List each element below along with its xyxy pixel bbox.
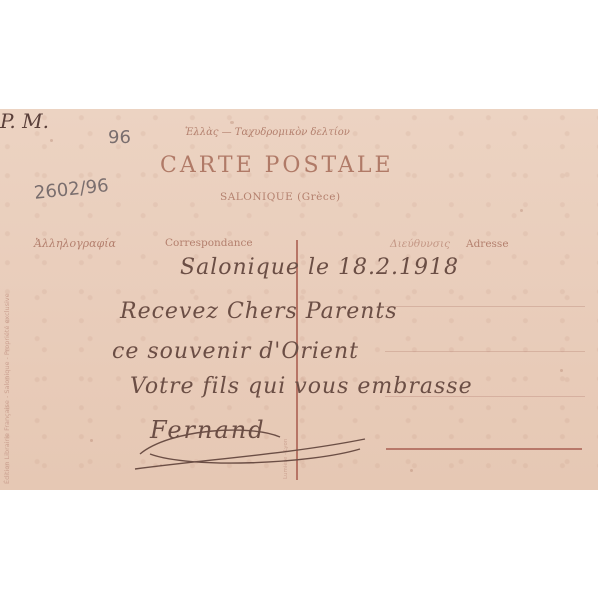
publisher-edge-text: Édition Librairie Française - Salonique … xyxy=(3,293,11,484)
paper-speck xyxy=(50,139,53,142)
pencil-inventory-number: 2602/96 xyxy=(33,175,110,204)
paper-speck xyxy=(230,121,234,124)
paper-speck xyxy=(560,369,563,372)
handwritten-signature: Fernand xyxy=(150,416,266,444)
correspondence-label: Correspondance xyxy=(165,237,253,249)
card-subtitle: SALONIQUE (Grèce) xyxy=(220,191,341,203)
handwritten-line-1: Recevez Chers Parents xyxy=(120,299,398,324)
paper-speck xyxy=(90,439,93,442)
postcard-back: Ἑλλὰς — Ταχυδρομικὸν δελτίον CARTE POSTA… xyxy=(0,109,598,490)
address-line xyxy=(385,351,585,352)
address-greek-label: Διεύθυνσις xyxy=(390,238,450,250)
address-line xyxy=(385,306,585,307)
address-label: Adresse xyxy=(466,238,509,250)
paper-speck xyxy=(520,209,523,212)
greek-caption: Ἑλλὰς — Ταχυδρομικὸν δελτίον xyxy=(185,127,350,138)
correspondence-greek-label: Ἀλληλογραφία xyxy=(34,237,116,250)
pencil-mark-top: 96 xyxy=(108,127,131,148)
paper-speck xyxy=(410,469,413,472)
handwritten-line-2: ce souvenir d'Orient xyxy=(112,339,359,364)
handwritten-place-date: Salonique le 18.2.1918 xyxy=(180,255,459,280)
card-title: CARTE POSTALE xyxy=(160,153,394,178)
address-line xyxy=(386,448,582,450)
handwritten-line-3: Votre fils qui vous embrasse xyxy=(130,374,473,399)
